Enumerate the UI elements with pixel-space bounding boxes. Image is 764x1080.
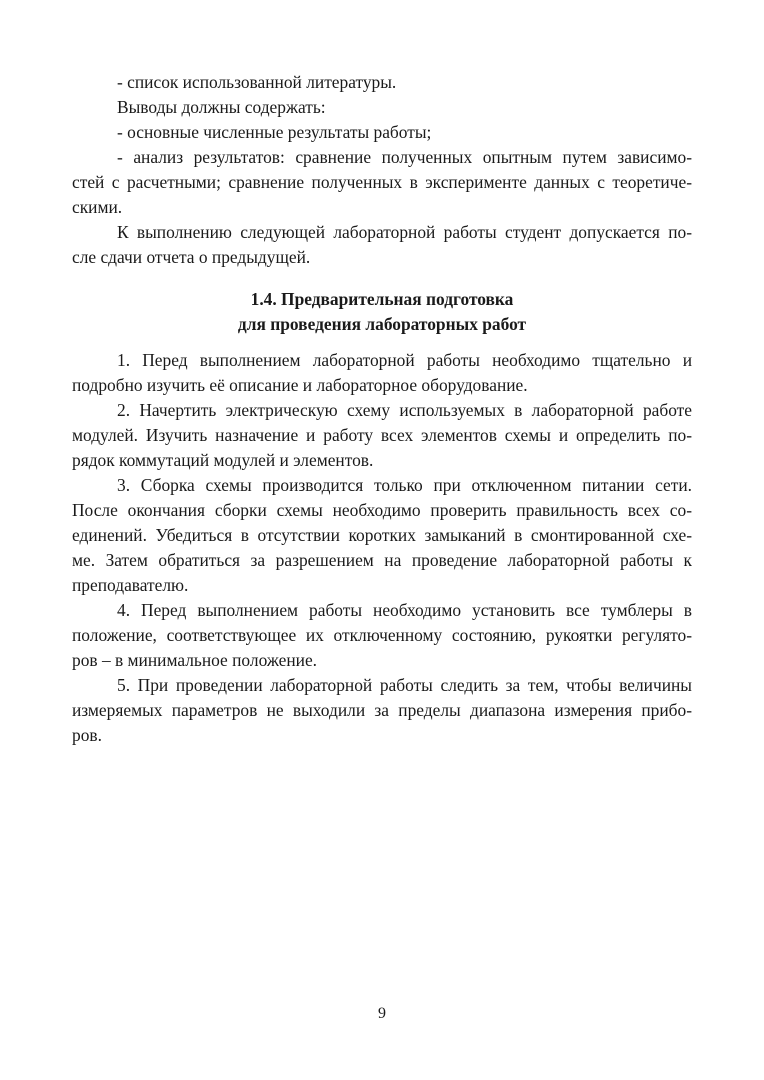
list-item-analysis-line-1: - анализ результатов: сравнение полученн… (117, 145, 692, 170)
item-3-line-3: единений. Убедиться в отсутствии коротки… (72, 523, 692, 548)
admission-paragraph-line-1: К выполнению следующей лабораторной рабо… (117, 220, 692, 245)
item-5-line-1: 5. При проведении лабораторной работы сл… (117, 673, 692, 698)
section-heading-line-1: 1.4. Предварительная подготовка (72, 287, 692, 312)
item-1-line-2: подробно изучить её описание и лаборатор… (72, 373, 692, 398)
item-2-line-1: 2. Начертить электрическую схему использ… (117, 398, 692, 423)
document-page: - список использованной литературы. Выво… (0, 0, 764, 1080)
item-2-line-3: рядок коммутаций модулей и элементов. (72, 448, 692, 473)
item-2-line-2: модулей. Изучить назначение и работу все… (72, 423, 692, 448)
item-4-line-1: 4. Перед выполнением работы необходимо у… (117, 598, 692, 623)
list-item-analysis-line-2: стей с расчетными; сравнение полученных … (72, 170, 692, 195)
item-3-line-4: ме. Затем обратиться за разрешением на п… (72, 548, 692, 573)
section-heading-line-2: для проведения лабораторных работ (72, 312, 692, 337)
item-3-line-2: После окончания сборки схемы необходимо … (72, 498, 692, 523)
list-item-literature: - список использованной литературы. (117, 70, 692, 95)
item-4-line-2: положение, соответствующее их отключенно… (72, 623, 692, 648)
item-1-line-1: 1. Перед выполнением лабораторной работы… (117, 348, 692, 373)
item-5-line-3: ров. (72, 723, 692, 748)
admission-paragraph-line-2: сле сдачи отчета о предыдущей. (72, 245, 692, 270)
item-5-line-2: измеряемых параметров не выходили за пре… (72, 698, 692, 723)
item-3-line-5: преподавателю. (72, 573, 692, 598)
list-item-numeric-results: - основные численные результаты работы; (117, 120, 692, 145)
page-number: 9 (0, 1004, 764, 1024)
conclusions-intro: Выводы должны содержать: (117, 95, 692, 120)
item-4-line-3: ров – в минимальное положение. (72, 648, 692, 673)
item-3-line-1: 3. Сборка схемы производится только при … (117, 473, 692, 498)
list-item-analysis-line-3: скими. (72, 195, 692, 220)
